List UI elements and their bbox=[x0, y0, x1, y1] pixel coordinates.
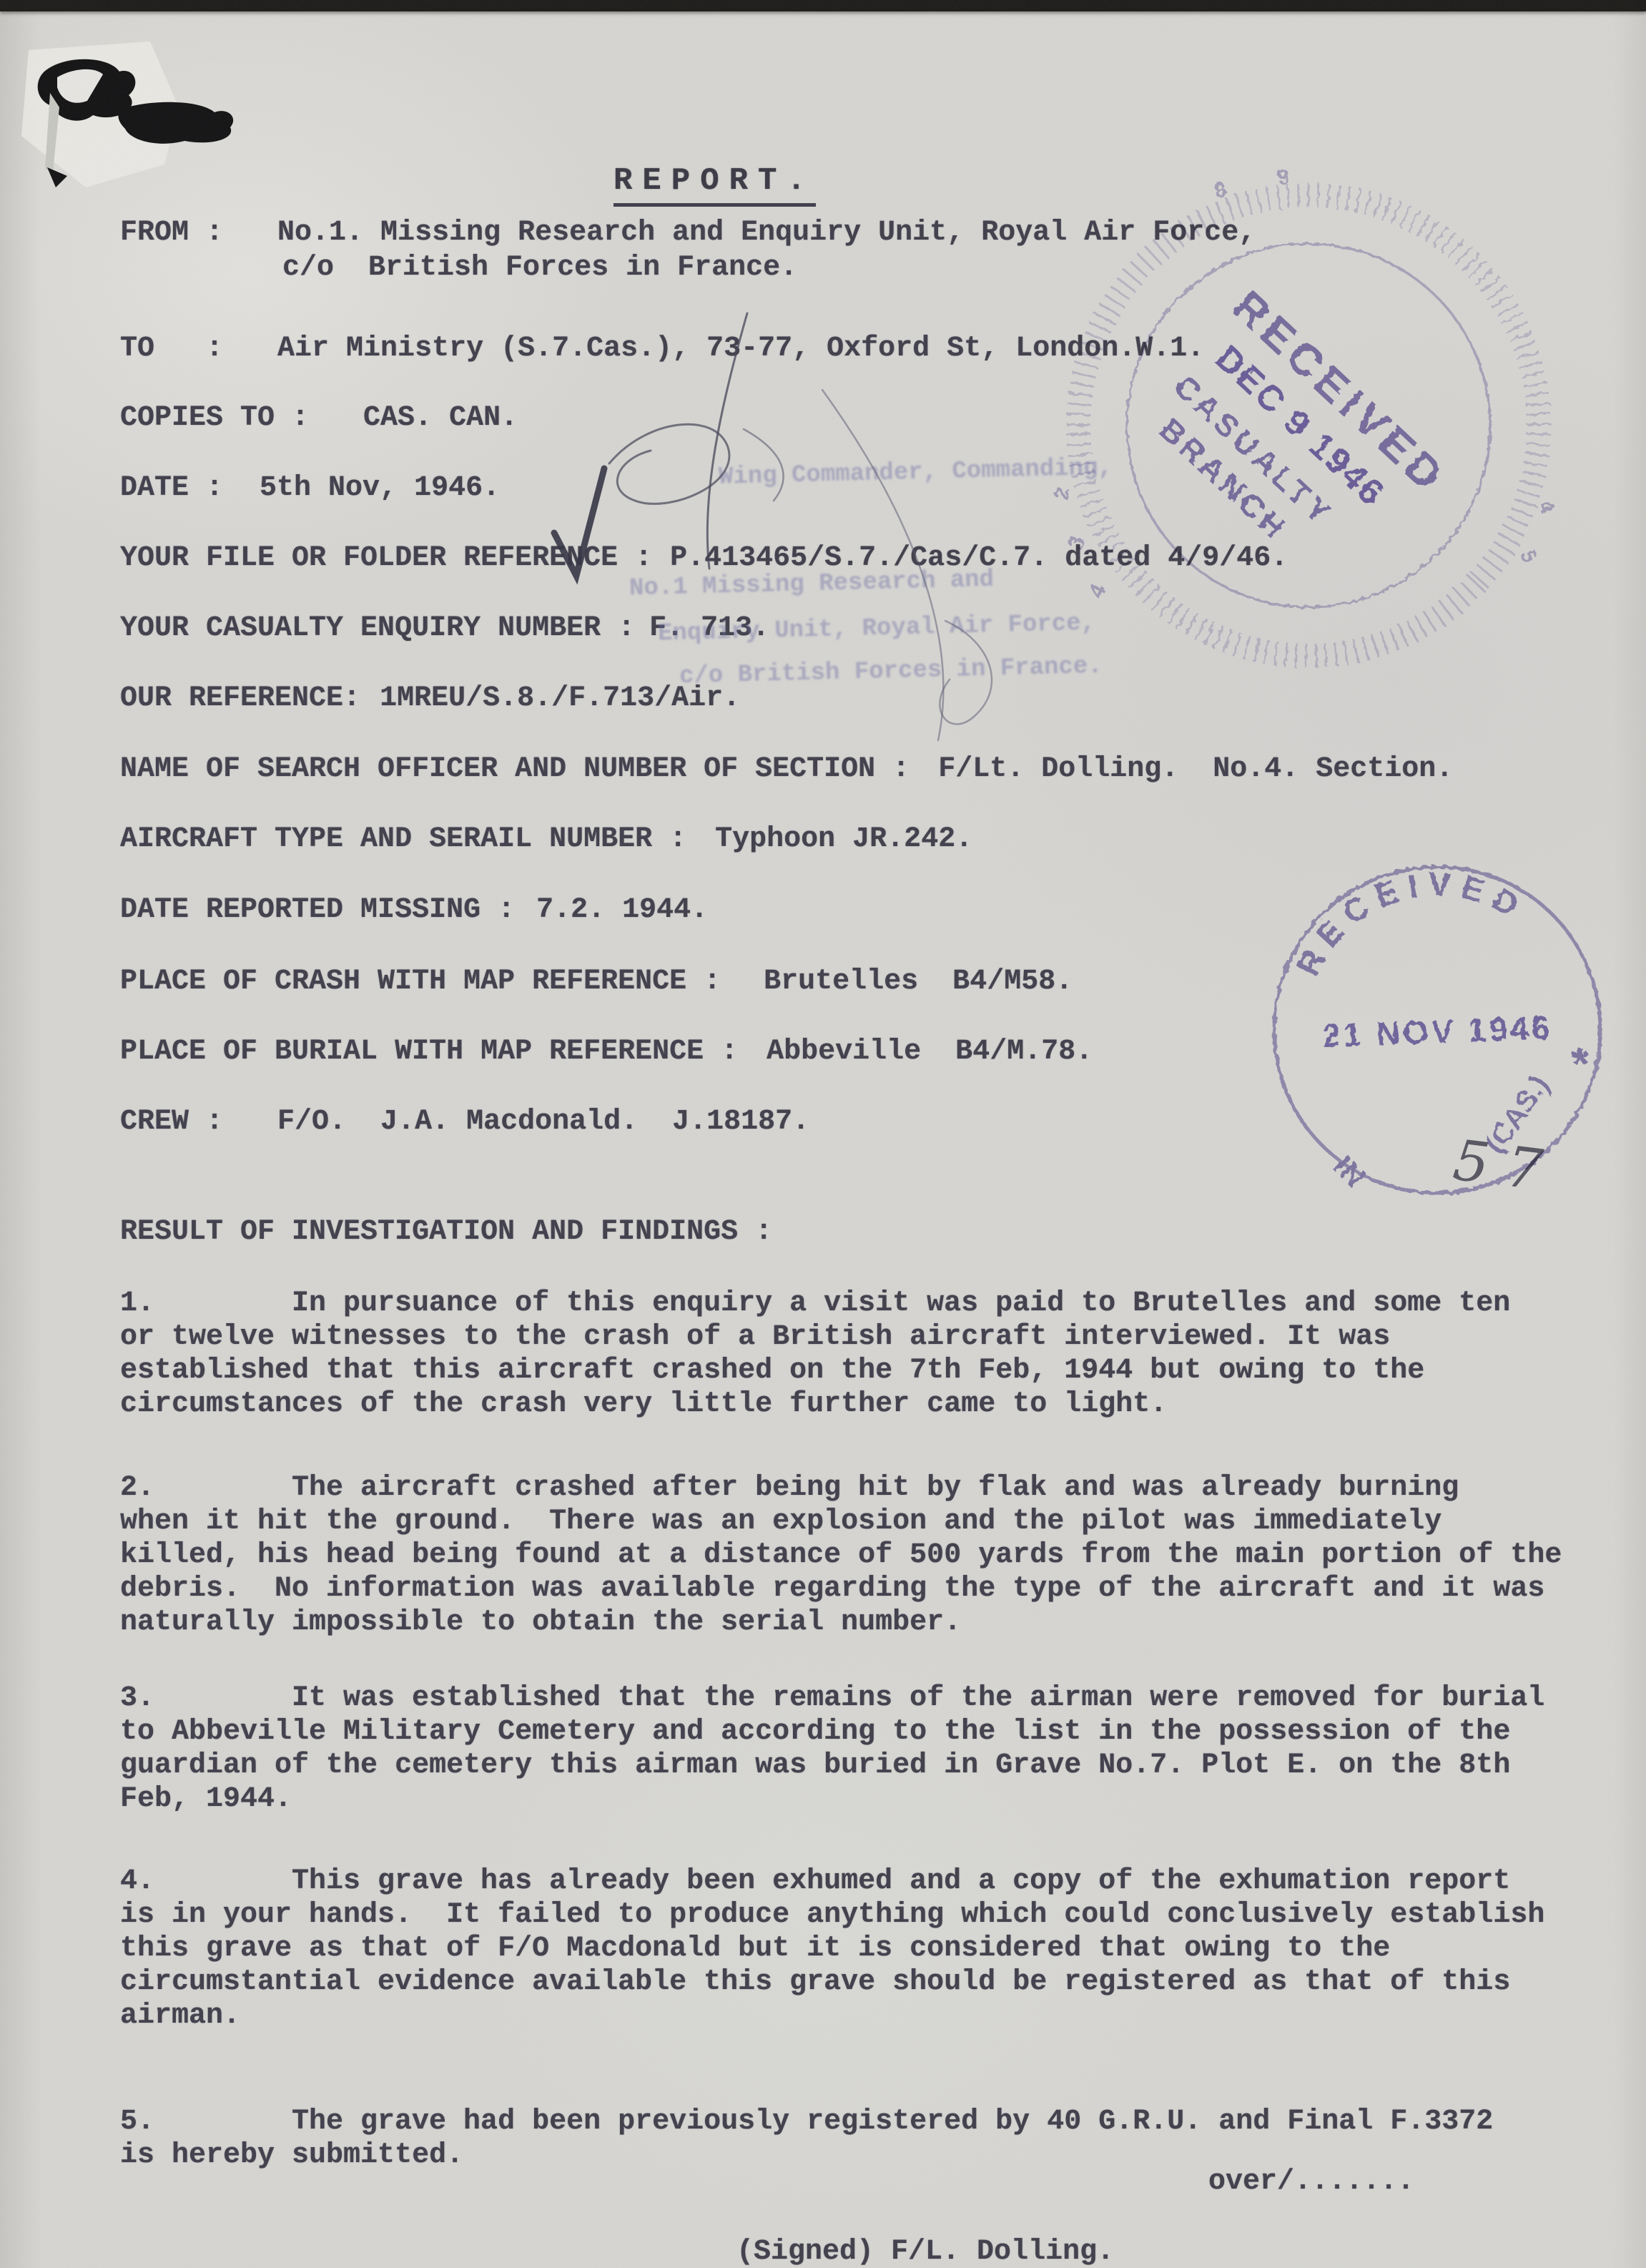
field-copies-to: COPIES TO :CAS. CAN. bbox=[120, 402, 518, 434]
stamp-branch-text: BRANCH bbox=[1153, 412, 1295, 548]
paragraph-2-line-5: naturally impossible to obtain the seria… bbox=[120, 1606, 961, 1639]
paragraph-1-line-1: 1.In pursuance of this enquiry a visit w… bbox=[120, 1287, 1510, 1320]
field-search-officer: NAME OF SEARCH OFFICER AND NUMBER OF SEC… bbox=[120, 753, 1453, 785]
paragraph-3-line-2: to Abbeville Military Cemetery and accor… bbox=[120, 1716, 1510, 1748]
stamp-star: * bbox=[1571, 1038, 1590, 1090]
field-crew-label: CREW : bbox=[120, 1106, 223, 1138]
paragraph-4-number: 4. bbox=[120, 1865, 154, 1898]
paragraph-1-line-3: established that this aircraft crashed o… bbox=[120, 1355, 1424, 1387]
stamp-dial-number: 4 bbox=[1533, 496, 1559, 519]
field-from-label: FROM : bbox=[120, 217, 223, 249]
paragraph-3-line-3: guardian of the cemetery this airman was… bbox=[120, 1749, 1510, 1782]
torn-black-blob-2 bbox=[118, 102, 233, 144]
paragraph-1-number: 1. bbox=[120, 1287, 154, 1320]
field-place-of-burial-label: PLACE OF BURIAL WITH MAP REFERENCE : bbox=[120, 1036, 738, 1068]
stamp-circle bbox=[1268, 861, 1606, 1199]
field-date-label: DATE : bbox=[120, 472, 223, 504]
field-aircraft-value: Typhoon JR.242. bbox=[715, 823, 972, 855]
field-place-of-burial-value: Abbeville B4/M.78. bbox=[767, 1036, 1093, 1068]
paragraph-1-line-2: or twelve witnesses to the crash of a Br… bbox=[120, 1321, 1390, 1353]
field-place-of-crash: PLACE OF CRASH WITH MAP REFERENCE :Brute… bbox=[120, 966, 1073, 998]
paragraph-5-line-1: 5.The grave had been previously register… bbox=[120, 2106, 1493, 2138]
field-search-officer-label: NAME OF SEARCH OFFICER AND NUMBER OF SEC… bbox=[120, 753, 910, 785]
field-place-of-burial: PLACE OF BURIAL WITH MAP REFERENCE :Abbe… bbox=[120, 1036, 1093, 1068]
field-place-of-crash-value: Brutelles B4/M58. bbox=[764, 966, 1073, 998]
field-our-reference: OUR REFERENCE:1MREU/S.8./F.713/Air. bbox=[120, 682, 740, 715]
paragraph-4-line-2: is in your hands. It failed to produce a… bbox=[120, 1899, 1544, 1931]
scan-edge-strip bbox=[0, 0, 1646, 11]
paragraph-4-line-1: 4.This grave has already been exhumed an… bbox=[120, 1865, 1510, 1898]
ghost-text-line: Wing Commander, Commanding, bbox=[719, 454, 1113, 491]
paragraph-3-number: 3. bbox=[120, 1682, 154, 1714]
field-copies-label: COPIES TO : bbox=[120, 402, 309, 434]
stamp-dial-number: 2 bbox=[1049, 484, 1075, 502]
stamp-date: DEC 9 1946 bbox=[1208, 338, 1393, 514]
torn-black-speck bbox=[47, 167, 67, 187]
stamp-dial-number: 5 bbox=[1516, 546, 1542, 566]
stamp-dial-number: 4 bbox=[1084, 581, 1110, 602]
paragraph-3-line-4: Feb, 1944. bbox=[120, 1783, 292, 1815]
field-place-of-crash-label: PLACE OF CRASH WITH MAP REFERENCE : bbox=[120, 966, 721, 998]
field-from-value: No.1. Missing Research and Enquiry Unit,… bbox=[277, 217, 1256, 249]
field-crew-value: F/O. J.A. Macdonald. J.18187. bbox=[277, 1106, 809, 1138]
paragraph-4-line-3: this grave as that of F/O Macdonald but … bbox=[120, 1933, 1390, 1965]
field-date-value: 5th Nov, 1946. bbox=[260, 472, 500, 504]
field-search-officer-value: F/Lt. Dolling. No.4. Section. bbox=[938, 753, 1453, 785]
handwritten-number: 5 7 bbox=[1450, 1129, 1546, 1203]
paragraph-3-line-1: 3.It was established that the remains of… bbox=[120, 1682, 1544, 1714]
scanned-report-page: REPORT. FROM :No.1. Missing Research and… bbox=[0, 0, 1646, 2268]
report-title: REPORT. bbox=[613, 163, 816, 207]
field-from-value2: c/o British Forces in France. bbox=[282, 252, 797, 284]
field-aircraft: AIRCRAFT TYPE AND SERAIL NUMBER :Typhoon… bbox=[120, 823, 972, 855]
paragraph-4-line-4: circumstantial evidence available this g… bbox=[120, 1966, 1510, 1998]
paragraph-2-line-2: when it hit the ground. There was an exp… bbox=[120, 1506, 1442, 1538]
ghost-text-line: c/o British Forces in France. bbox=[679, 653, 1103, 690]
torn-white-patch bbox=[21, 41, 179, 187]
field-to: TO :Air Ministry (S.7.Cas.), 73-77, Oxfo… bbox=[120, 333, 1204, 365]
stamp-dial-number: 9 bbox=[1276, 165, 1291, 190]
field-to-label: TO : bbox=[120, 333, 223, 365]
field-aircraft-label: AIRCRAFT TYPE AND SERAIL NUMBER : bbox=[120, 823, 686, 855]
field-date-missing: DATE REPORTED MISSING :7.2. 1944. bbox=[120, 894, 708, 926]
paragraph-4-line-5: airman. bbox=[120, 2000, 240, 2032]
stamp-in-text: IN bbox=[1327, 1149, 1372, 1194]
stamp-cas-text: (CAS.) bbox=[1479, 1070, 1555, 1159]
field-our-reference-label: OUR REFERENCE: bbox=[120, 682, 360, 715]
paragraph-2-number: 2. bbox=[120, 1472, 154, 1504]
paragraph-5-line-2: is hereby submitted. bbox=[120, 2139, 463, 2171]
field-casualty-enquiry-label: YOUR CASUALTY ENQUIRY NUMBER : bbox=[120, 612, 635, 644]
field-copies-value: CAS. CAN. bbox=[363, 402, 518, 434]
tear-crease bbox=[45, 93, 59, 172]
paragraph-2-line-4: debris. No information was available reg… bbox=[120, 1573, 1544, 1605]
field-file-reference: YOUR FILE OR FOLDER REFERENCE :P.413465/… bbox=[120, 542, 1288, 574]
field-crew: CREW :F/O. J.A. Macdonald. J.18187. bbox=[120, 1106, 809, 1138]
stamp-received-text: RECEIVED bbox=[1286, 861, 1537, 983]
field-file-reference-label: YOUR FILE OR FOLDER REFERENCE : bbox=[120, 542, 652, 574]
field-date-missing-value: 7.2. 1944. bbox=[536, 894, 708, 926]
scribble-loop bbox=[609, 424, 729, 504]
torn-black-blob bbox=[38, 59, 136, 121]
torn-paper-damage bbox=[21, 41, 233, 187]
received-cas-stamp: RECEIVED * (CAS.) IN 21 NOV 1946 bbox=[1268, 859, 1606, 1198]
paragraph-1-line-4: circumstances of the crash very little f… bbox=[120, 1388, 1167, 1420]
field-date-missing-label: DATE REPORTED MISSING : bbox=[120, 894, 515, 926]
stamp-casualty-text: CASUALTY bbox=[1167, 369, 1339, 534]
stamp-date: 21 NOV 1946 bbox=[1321, 1008, 1553, 1054]
signed-line: (Signed) F/L. Dolling. bbox=[736, 2236, 1114, 2268]
paragraph-5-number: 5. bbox=[120, 2106, 154, 2138]
stamp-received-text: RECEIVED bbox=[1223, 281, 1456, 503]
field-from: FROM :No.1. Missing Research and Enquiry… bbox=[120, 217, 1256, 249]
over-note: over/....... bbox=[1208, 2166, 1414, 2198]
stamp-dial-number: 8 bbox=[1211, 177, 1230, 204]
field-to-value: Air Ministry (S.7.Cas.), 73-77, Oxford S… bbox=[277, 333, 1204, 365]
paragraph-2-line-1: 2.The aircraft crashed after being hit b… bbox=[120, 1472, 1459, 1504]
torn-white-slash bbox=[57, 69, 103, 103]
paragraph-2-line-3: killed, his head being found at a distan… bbox=[120, 1539, 1562, 1571]
field-date: DATE :5th Nov, 1946. bbox=[120, 472, 500, 504]
findings-heading: RESULT OF INVESTIGATION AND FINDINGS : bbox=[120, 1216, 772, 1248]
